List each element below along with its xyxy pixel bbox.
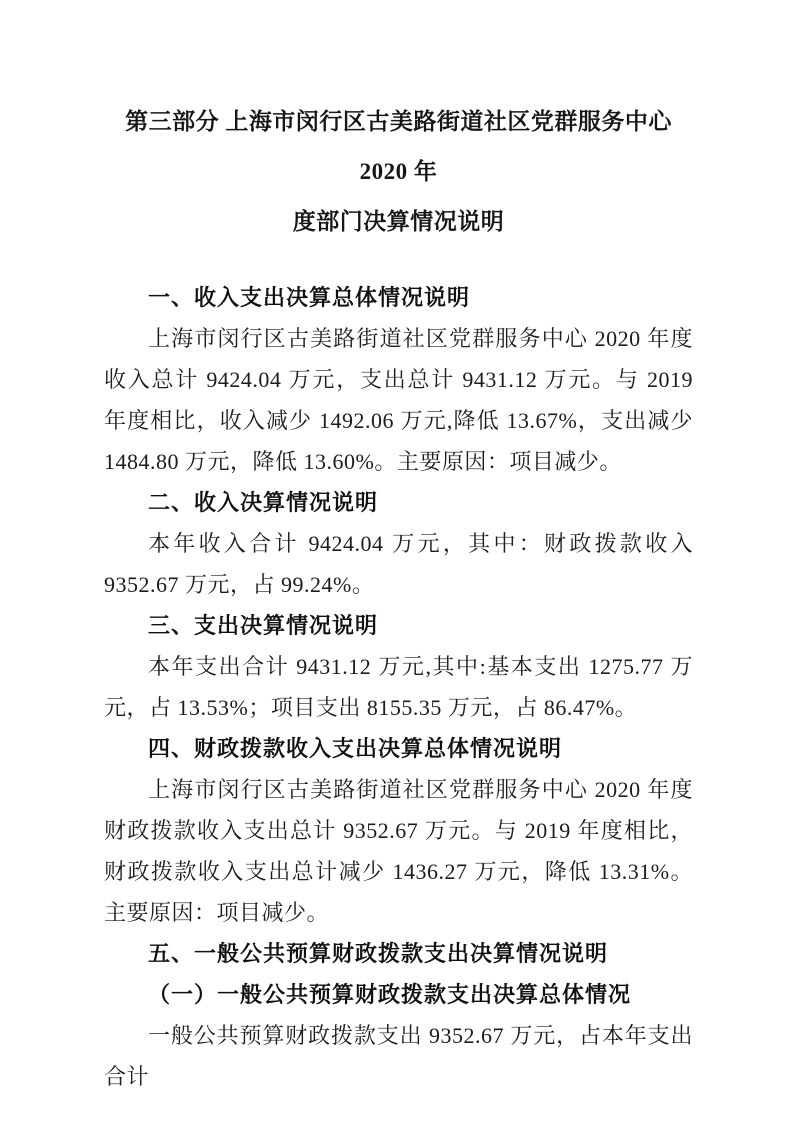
section-1-heading: 一、收入支出决算总体情况说明 <box>104 277 693 318</box>
section-4-heading: 四、财政拨款收入支出决算总体情况说明 <box>104 728 693 769</box>
section-4-paragraph: 上海市闵行区古美路街道社区党群服务中心 2020 年度财政拨款收入支出总计 93… <box>104 769 693 933</box>
document-title-line-1: 第三部分 上海市闵行区古美路街道社区党群服务中心 2020 年 <box>104 97 693 197</box>
section-5-heading: 五、一般公共预算财政拨款支出决算情况说明 <box>104 933 693 974</box>
document-content: 第三部分 上海市闵行区古美路街道社区党群服务中心 2020 年 度部门决算情况说… <box>0 0 793 1097</box>
document-title: 第三部分 上海市闵行区古美路街道社区党群服务中心 2020 年 度部门决算情况说… <box>104 97 693 247</box>
section-3-heading: 三、支出决算情况说明 <box>104 605 693 646</box>
document-body: 一、收入支出决算总体情况说明 上海市闵行区古美路街道社区党群服务中心 2020 … <box>104 277 693 1097</box>
section-3-paragraph: 本年支出合计 9431.12 万元,其中:基本支出 1275.77 万元，占 1… <box>104 646 693 728</box>
section-5-subsection-1-paragraph: 一般公共预算财政拨款支出 9352.67 万元，占本年支出合计 <box>104 1015 693 1097</box>
section-5-subsection-1-heading: （一）一般公共预算财政拨款支出决算总体情况 <box>104 974 693 1015</box>
section-2-paragraph: 本年收入合计 9424.04 万元，其中：财政拨款收入 9352.67 万元，占… <box>104 523 693 605</box>
document-title-line-2: 度部门决算情况说明 <box>104 197 693 247</box>
section-1-paragraph: 上海市闵行区古美路街道社区党群服务中心 2020 年度收入总计 9424.04 … <box>104 318 693 482</box>
document-page: 第三部分 上海市闵行区古美路街道社区党群服务中心 2020 年 度部门决算情况说… <box>0 0 793 1122</box>
section-2-heading: 二、收入决算情况说明 <box>104 482 693 523</box>
